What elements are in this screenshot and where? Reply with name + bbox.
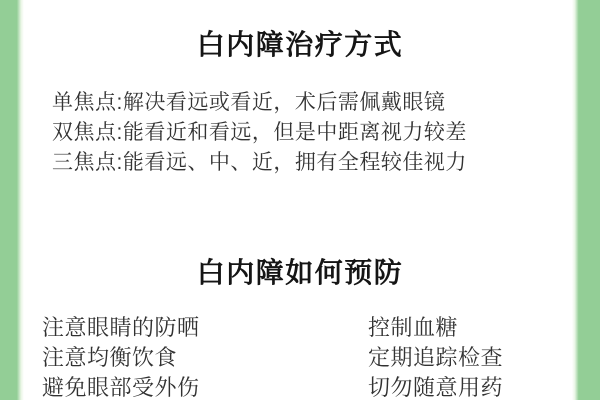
prevention-item-balanced-diet: 注意均衡饮食 <box>42 344 200 374</box>
prevention-item-no-random-medication: 切勿随意用药 <box>368 374 503 400</box>
prevention-left-column: 注意眼睛的防晒 注意均衡饮食 避免眼部受外伤 <box>42 314 200 400</box>
prevention-section-title: 白内障如何预防 <box>0 251 600 291</box>
treatment-item-trifocal: 三焦点:能看远、中、近，拥有全程较佳视力 <box>52 148 560 178</box>
prevention-item-sun-protection: 注意眼睛的防晒 <box>42 314 200 344</box>
prevention-item-regular-checkups: 定期追踪检查 <box>368 344 503 374</box>
treatment-section-title: 白内障治疗方式 <box>0 23 600 63</box>
prevention-item-control-blood-sugar: 控制血糖 <box>368 314 503 344</box>
cataract-infographic-poster: 白内障治疗方式 单焦点:解决看远或看近，术后需佩戴眼镜 双焦点:能看近和看远，但… <box>0 0 600 400</box>
treatment-item-bifocal: 双焦点:能看近和看远，但是中距离视力较差 <box>52 118 560 148</box>
prevention-item-avoid-eye-injury: 避免眼部受外伤 <box>42 374 200 400</box>
prevention-right-column: 控制血糖 定期追踪检查 切勿随意用药 <box>368 314 503 400</box>
treatment-item-single-focus: 单焦点:解决看远或看近，术后需佩戴眼镜 <box>52 88 560 118</box>
treatment-list: 单焦点:解决看远或看近，术后需佩戴眼镜 双焦点:能看近和看远，但是中距离视力较差… <box>52 88 560 178</box>
